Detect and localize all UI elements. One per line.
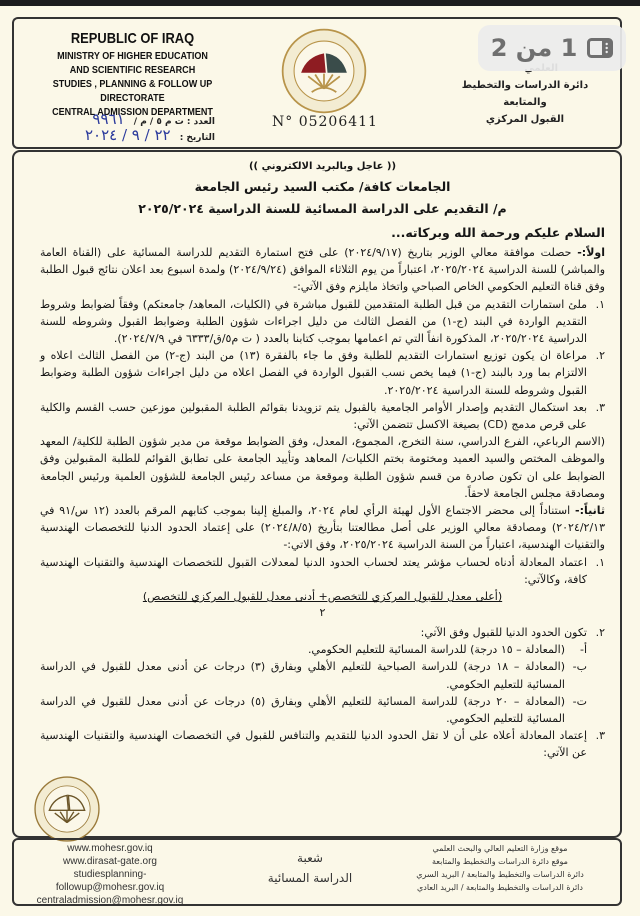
sub-item: ت- (المعادلة – ٢٠ درجة) للدراسة المسائية… (40, 693, 605, 727)
country-name: REPUBLIC OF IRAQ (36, 30, 230, 47)
list-item: ١. ملئ استمارات التقديم من قبل الطلبة ال… (40, 296, 605, 348)
formula-numerator: (أعلى معدل للقبول المركزي للتخصص+ أدنى م… (40, 588, 605, 605)
item-text: إعتماد المعادلة أعلاه على أن لا تقل الحد… (40, 727, 587, 761)
reference-date: التاريخ : ٢٢ / ٩ / ٢٠٢٤ (55, 126, 215, 144)
sub-item: أ- (المعادلة – ١٥ درجة) للدراسة المسائية… (40, 641, 605, 658)
arabic-line-2: دائرة الدراسات والتخطيط والمتابعة (440, 77, 610, 111)
section-label: شعبة (250, 848, 370, 868)
list-item: ٢. تكون الحدود الدنيا للقبول وفق الآتي: (40, 624, 605, 641)
recipient: الجامعات كافة/ مكتب السيد رئيس الجامعة (40, 176, 605, 198)
footer-contacts: www.mohesr.gov.iq www.dirasat-gate.org s… (20, 842, 200, 907)
sub-item-text: (المعادلة – ١٥ درجة) للدراسة المسائية لل… (40, 641, 565, 658)
directorate-name: STUDIES , PLANNING & FOLLOW UP DIRECTORA… (36, 77, 230, 105)
item-number: ٣. (587, 727, 605, 761)
section-second-text: استناداً إلى محضر الاجتماع الأول لهيئة ا… (40, 504, 605, 551)
page-indicator-badge[interactable]: 1 من 2 (478, 25, 626, 71)
contact-label: موقع وزارة التعليم العالي والبحث العلمي (400, 842, 600, 855)
serial-number: N° 05206411 (272, 114, 392, 130)
item-text: ملئ استمارات التقديم من قبل الطلبة المتق… (40, 296, 587, 348)
item-number: ٢. (587, 624, 605, 641)
contact-label: موقع دائرة الدراسات والتخطيط والمتابعة (400, 855, 600, 868)
arabic-line-3: القبول المركزي (440, 111, 610, 128)
ministry-seal-icon (33, 775, 101, 843)
list-item: ٣. إعتماد المعادلة أعلاه على أن لا تقل ا… (40, 727, 605, 761)
date-value: ٢٢ / ٩ / ٢٠٢٤ (85, 126, 171, 144)
sub-item: ب- (المعادلة – ١٨ درجة) للدراسة الصباحية… (40, 658, 605, 692)
section-first: اولاً:- حصلت موافقة معالي الوزير بتاريخ … (40, 244, 605, 296)
required-fields: (الاسم الرباعي، الفرع الدراسي، سنة التخر… (40, 433, 605, 502)
section-label: الدراسة المسائية (250, 868, 370, 888)
sub-item-text: (المعادلة – ١٨ درجة) للدراسة الصباحية لل… (40, 658, 565, 692)
english-letterhead: REPUBLIC OF IRAQ MINISTRY OF HIGHER EDUC… (36, 30, 230, 119)
footer-contact-labels: موقع وزارة التعليم العالي والبحث العلمي … (400, 842, 600, 894)
item-text: تكون الحدود الدنيا للقبول وفق الآتي: (40, 624, 587, 641)
section-first-text: حصلت موافقة معالي الوزير بتاريخ (٢٠٢٤/٩/… (40, 246, 605, 293)
sub-item-text: (المعادلة – ٢٠ درجة) للدراسة المسائية لل… (40, 693, 565, 727)
ministry-name-2: AND SCIENTIFIC RESEARCH (36, 63, 230, 77)
list-item: ١. اعتماد المعادلة أدناه لحساب مؤشر يعتد… (40, 554, 605, 588)
sub-item-letter: أ- (565, 641, 587, 658)
date-label: التاريخ : (180, 133, 215, 143)
letter-content: (( عاجل وبالبريد الالكتروني )) الجامعات … (40, 158, 605, 762)
section-second: ثانياً:- استناداً إلى محضر الاجتماع الأو… (40, 502, 605, 554)
page-view-icon (587, 38, 613, 58)
email-link[interactable]: centraladmission@mohesr.gov.iq (20, 894, 200, 907)
page-indicator-text: 1 من 2 (491, 34, 578, 62)
item-text: بعد استكمال التقديم وإصدار الأوامر الجام… (40, 399, 587, 433)
list-item: ٣. بعد استكمال التقديم وإصدار الأوامر ال… (40, 399, 605, 433)
formula-denominator: ٢ (40, 605, 605, 620)
contact-label: دائرة الدراسات والتخطيط والمتابعة / البر… (400, 868, 600, 881)
contact-label: دائرة الدراسات والتخطيط والمتابعة / البر… (400, 881, 600, 894)
item-text: مراعاة ان يكون توزيع استمارات التقديم لل… (40, 347, 587, 399)
sub-item-letter: ب- (565, 658, 587, 692)
viewer-top-bar (0, 0, 640, 6)
sub-item-letter: ت- (565, 693, 587, 727)
item-number: ٣. (587, 399, 605, 433)
section-second-label: ثانياً:- (575, 504, 605, 517)
item-text: اعتماد المعادلة أدناه لحساب مؤشر يعتد لح… (40, 554, 587, 588)
footer-section-name: شعبة الدراسة المسائية (250, 848, 370, 888)
email-link[interactable]: studiesplanning-followup@mohesr.gov.iq (20, 868, 200, 894)
subject: م/ التقديم على الدراسة المسائية للسنة ال… (40, 198, 605, 220)
section-first-label: اولاً:- (577, 246, 605, 259)
list-item: ٢. مراعاة ان يكون توزيع استمارات التقديم… (40, 347, 605, 399)
item-number: ٢. (587, 347, 605, 399)
website-link[interactable]: www.mohesr.gov.iq (20, 842, 200, 855)
item-number: ١. (587, 554, 605, 588)
item-number: ١. (587, 296, 605, 348)
ministry-name-1: MINISTRY OF HIGHER EDUCATION (36, 49, 230, 63)
ministry-seal-icon (280, 27, 368, 115)
urgent-note: (( عاجل وبالبريد الالكتروني )) (40, 158, 605, 176)
greeting: السلام عليكم ورحمة الله وبركاته... (40, 222, 605, 244)
website-link[interactable]: www.dirasat-gate.org (20, 855, 200, 868)
